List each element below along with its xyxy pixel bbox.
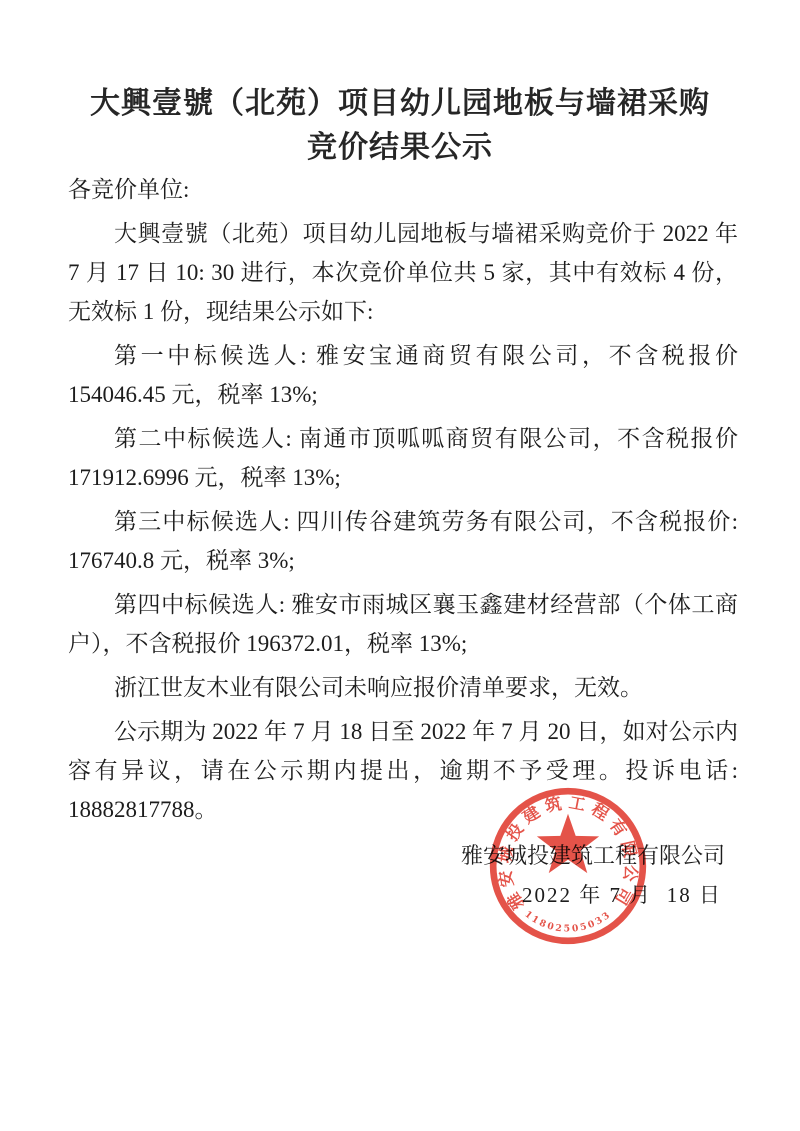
salutation: 各竞价单位: (68, 170, 738, 209)
paragraph-intro: 大興壹號（北苑）项目幼儿园地板与墙裙采购竞价于 2022 年 7 月 17 日 … (68, 214, 738, 331)
document-title: 大興壹號（北苑）项目幼儿园地板与墙裙采购 竞价结果公示 (0, 82, 800, 170)
paragraph-candidate-2: 第二中标候选人: 南通市顶呱呱商贸有限公司，不含税报价 171912.6996 … (68, 419, 738, 497)
paragraph-invalid-bid: 浙江世友木业有限公司未响应报价清单要求，无效。 (68, 668, 738, 707)
title-line-1: 大興壹號（北苑）项目幼儿园地板与墙裙采购 (0, 82, 800, 126)
paragraph-candidate-1: 第一中标候选人: 雅安宝通商贸有限公司，不含税报价 154046.45 元，税率… (68, 336, 738, 414)
paragraph-publicity-period: 公示期为 2022 年 7 月 18 日至 2022 年 7 月 20 日，如对… (68, 712, 738, 829)
paragraph-candidate-3: 第三中标候选人: 四川传谷建筑劳务有限公司，不含税报价: 176740.8 元，… (68, 502, 738, 580)
document-page: 大興壹號（北苑）项目幼儿园地板与墙裙采购 竞价结果公示 各竞价单位: 大興壹號（… (0, 0, 800, 1131)
signature-company: 雅安城投建筑工程有限公司 (461, 836, 725, 875)
paragraph-candidate-4: 第四中标候选人: 雅安市雨城区襄玉鑫建材经营部（个体工商户），不含税报价 196… (68, 585, 738, 663)
document-body: 各竞价单位: 大興壹號（北苑）项目幼儿园地板与墙裙采购竞价于 2022 年 7 … (0, 170, 800, 829)
title-line-2: 竞价结果公示 (0, 126, 800, 170)
signature-date: 2022 年 7 月 18 日 (522, 876, 722, 915)
